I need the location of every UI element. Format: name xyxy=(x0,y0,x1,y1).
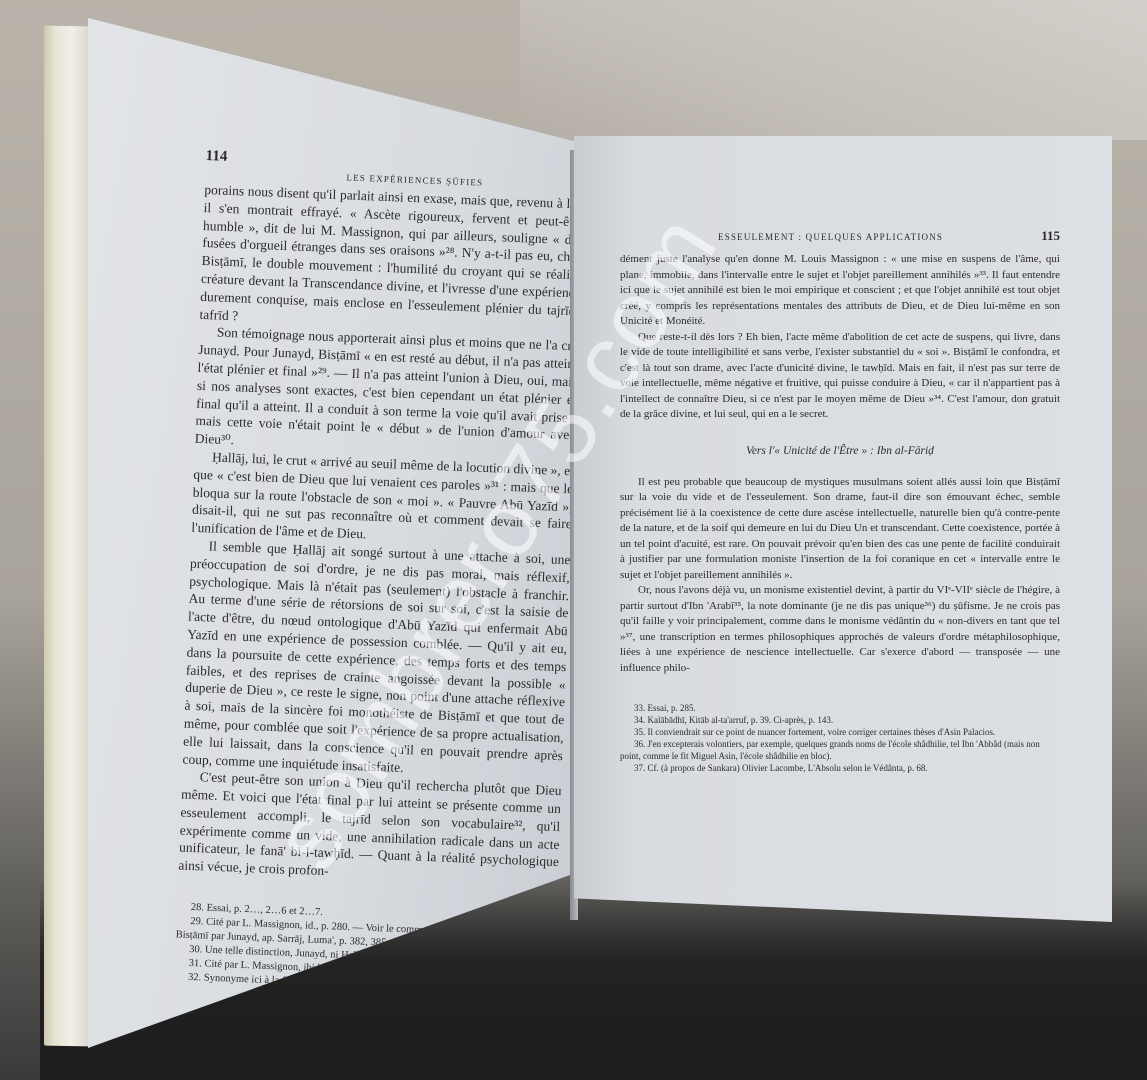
paragraph: C'est peut-être son union à Dieu qu'il r… xyxy=(178,768,562,889)
left-page: 114 LES EXPÉRIENCES ṢŪFIES porains nous … xyxy=(88,18,576,1048)
page-edges xyxy=(44,26,90,1047)
paragraph: Ḥallāj, lui, le crut « arrivé au seuil m… xyxy=(191,448,574,552)
page-number: 115 xyxy=(1041,228,1060,244)
footnotes: 33. Essai, p. 285. 34. Kalābādhī, Kitāb … xyxy=(620,702,1060,774)
footnote: 35. Il conviendrait sur ce point de nuan… xyxy=(620,726,1060,738)
right-page: ESSEULEMENT : QUELQUES APPLICATIONS 115 … xyxy=(574,136,1112,922)
body-text: dément juste l'analyse qu'en donne M. Lo… xyxy=(620,252,1060,676)
running-head: ESSEULEMENT : QUELQUES APPLICATIONS xyxy=(620,232,1041,242)
paragraph: Il est peu probable que beaucoup de myst… xyxy=(620,475,1060,584)
footnote: 34. Kalābādhī, Kitāb al-ta'arruf, p. 39.… xyxy=(620,714,1060,726)
paragraph: Or, nous l'avons déjà vu, un monisme exi… xyxy=(620,583,1060,676)
footnote: 36. J'en excepterais volontiers, par exe… xyxy=(620,738,1060,762)
footnote: 37. Cf. (à propos de Sankara) Olivier La… xyxy=(620,762,1060,774)
footnote: 33. Essai, p. 285. xyxy=(620,702,1060,714)
paragraph: porains nous disent qu'il parlait ainsi … xyxy=(199,181,576,338)
paragraph: Son témoignage nous apporterait ainsi pl… xyxy=(194,323,576,462)
paragraph: dément juste l'analyse qu'en donne M. Lo… xyxy=(620,252,1060,330)
background-cloth xyxy=(520,0,1147,140)
paragraph: Il semble que Ḥallāj ait songé surtout à… xyxy=(182,537,571,783)
paragraph: Que reste-t-il dès lors ? Eh bien, l'act… xyxy=(620,330,1060,423)
body-text: porains nous disent qu'il parlait ainsi … xyxy=(178,181,576,889)
section-title: Vers l'« Unicité de l'Être » : Ibn al-Fā… xyxy=(620,445,1060,457)
